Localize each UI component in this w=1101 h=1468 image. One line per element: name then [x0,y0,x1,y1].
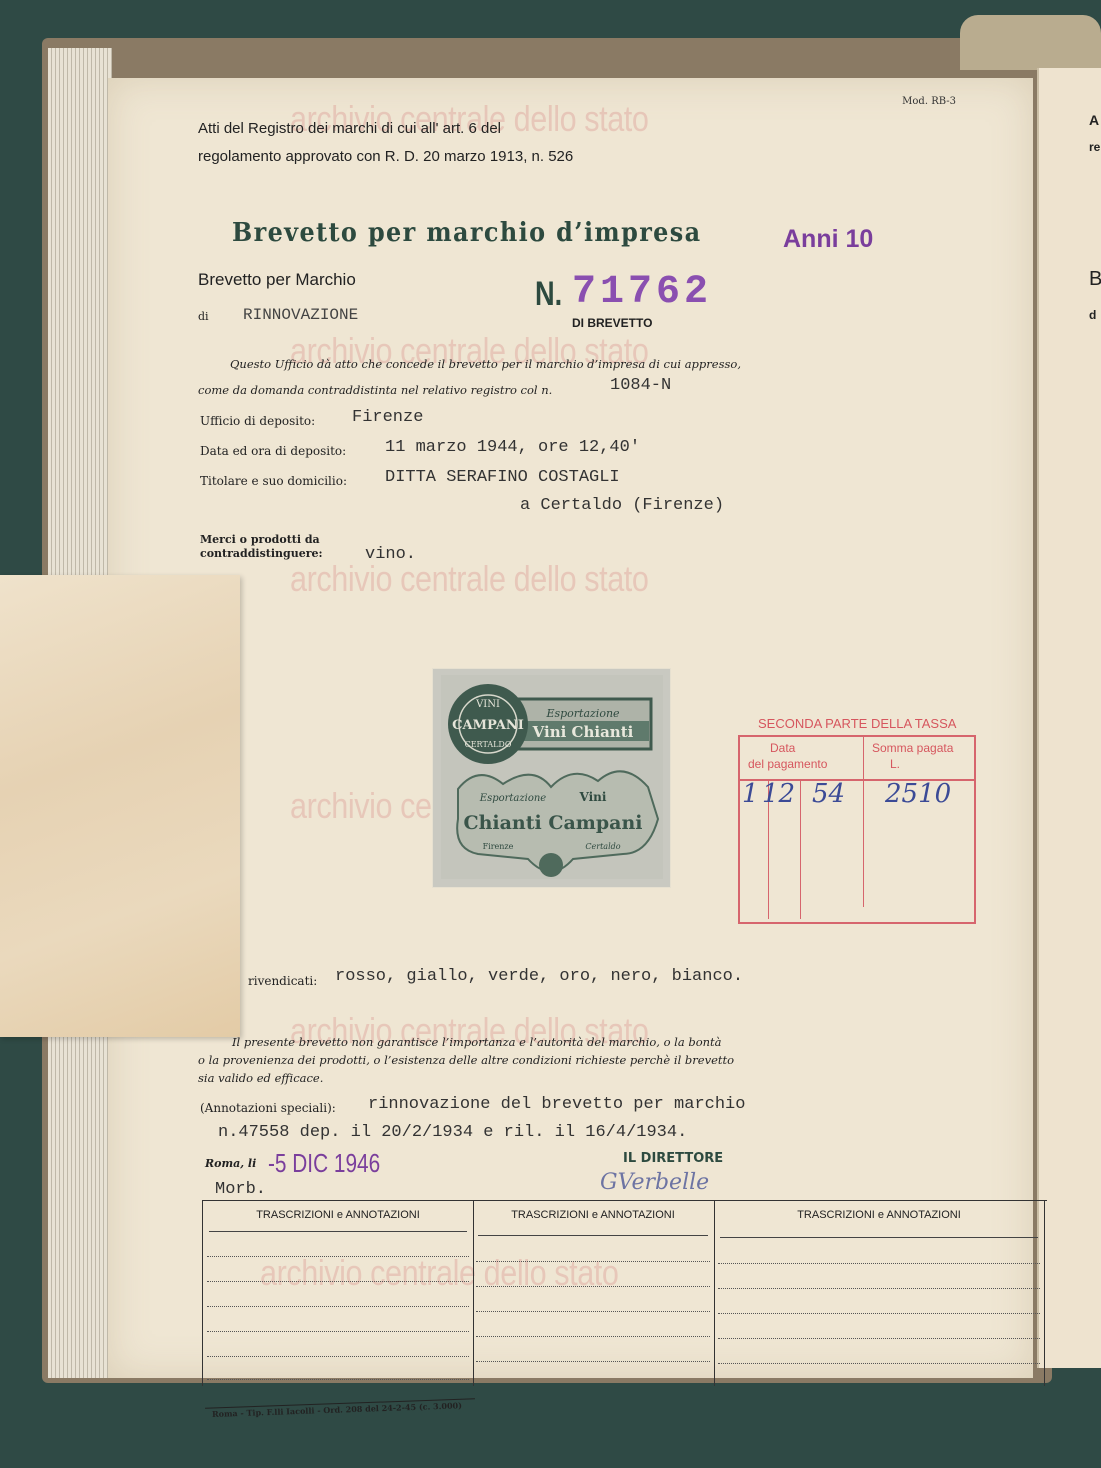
svg-text:VINI: VINI [475,699,500,710]
book-binding-top [960,15,1101,70]
header-line-2: regolamento approvato con R. D. 20 marzo… [198,148,573,165]
annotations-label: (Annotazioni speciali): [200,1101,336,1115]
svg-text:Certaldo: Certaldo [585,842,620,851]
holder-label: Titolare e suo domicilio: [200,474,347,488]
svg-text:Chianti Campani: Chianti Campani [463,812,642,834]
transcriptions-column: TRASCRIZIONI e ANNOTAZIONI [472,1201,715,1386]
number-caption: DI BREVETTO [572,316,652,330]
place-label: Roma, li [205,1157,256,1170]
register-number: 1084-N [610,376,671,395]
payment-amount: 2510 [885,779,951,809]
payment-year: 54 [812,779,845,809]
next-page-fragment: B [1089,268,1101,291]
date-label: Data ed ora di deposito: [200,444,346,458]
annotations-line-2: n.47558 dep. il 20/2/1934 e ril. il 16/4… [218,1123,687,1142]
intro-line-1: Questo Ufficio dà atto che concede il br… [230,357,741,371]
col-date-label-2: del pagamento [748,757,827,771]
next-page-edge: A re B d [1037,68,1101,1368]
col-amount-label-2: L. [890,757,900,771]
colors-label: rivendicati: [248,974,317,988]
col-amount-label: Somma pagata [872,741,953,755]
tax-box-title: SECONDA PARTE DELLA TASSA [758,716,956,731]
svg-text:Firenze: Firenze [483,842,514,851]
office-label: Ufficio di deposito: [200,414,315,428]
column-header: TRASCRIZIONI e ANNOTAZIONI [714,1209,1044,1221]
clerk-initials: Morb. [215,1180,266,1199]
patent-type: RINNOVAZIONE [243,306,358,324]
transcriptions-table: TRASCRIZIONI e ANNOTAZIONI TRASCRIZIONI … [202,1200,1047,1386]
column-header: TRASCRIZIONI e ANNOTAZIONI [472,1209,714,1221]
transcriptions-column: TRASCRIZIONI e ANNOTAZIONI [714,1201,1045,1386]
divider [800,779,801,919]
svg-text:Esportazione: Esportazione [479,793,547,804]
goods-value: vino. [365,545,416,564]
duration-stamp: Anni 10 [783,225,873,254]
svg-text:Vini Chianti: Vini Chianti [532,723,634,741]
column-header: TRASCRIZIONI e ANNOTAZIONI [203,1209,473,1221]
type-prefix: di [198,310,209,323]
director-signature: GVerbelle [600,1170,709,1195]
goods-label-2: contraddistinguere: [200,547,323,560]
svg-text:Vini: Vini [579,790,607,804]
col-date-label: Data [770,741,795,755]
office-value: Firenze [352,408,423,427]
svg-text:CERTALDO: CERTALDO [465,740,512,749]
paper-overlay [0,575,240,1037]
goods-label-1: Merci o prodotti da [200,533,320,546]
payment-day: 1 [742,779,759,809]
svg-text:Esportazione: Esportazione [545,707,620,720]
intro-line-2: come da domanda contraddistinta nel rela… [198,383,552,397]
disclaimer-line-3: sia valido ed efficace. [198,1071,323,1085]
next-page-fragment: re [1089,140,1100,154]
director-label: IL DIRETTORE [623,1151,723,1166]
next-page-fragment: A [1089,112,1099,128]
disclaimer-line-2: o la provenienza dei prodotti, o l’esist… [198,1053,734,1067]
tax-payment-box: Data del pagamento Somma pagata L. 1 12 … [738,735,976,924]
payment-month: 12 [762,779,795,809]
document-subtitle: Brevetto per Marchio [198,270,356,290]
number-label: N. [535,275,562,314]
date-value: 11 marzo 1944, ore 12,40' [385,438,640,457]
annotations-line-1: rinnovazione del brevetto per marchio [368,1095,745,1114]
holder-name: DITTA SERAFINO COSTAGLI [385,468,620,487]
header-line-1: Atti del Registro dei marchi di cui all'… [198,120,501,137]
svg-text:CAMPANI: CAMPANI [452,718,524,733]
divider [863,737,864,907]
form-code: Mod. RB-3 [902,96,956,107]
disclaimer-line-1: Il presente brevetto non garantisce l’im… [232,1035,722,1049]
issue-date-stamp: -5 DIC 1946 [268,1148,380,1179]
transcriptions-column: TRASCRIZIONI e ANNOTAZIONI [202,1201,474,1386]
colors-value: rosso, giallo, verde, oro, nero, bianco. [335,967,743,986]
holder-address: a Certaldo (Firenze) [520,496,724,515]
watermark: archivio centrale dello stato [290,558,648,600]
next-page-fragment: d [1089,308,1096,322]
document-title: Brevetto per marchio d’impresa [232,218,702,248]
patent-number: 71762 [572,270,712,315]
trademark-image: VINI CAMPANI CERTALDO Esportazione Vini … [432,668,671,888]
